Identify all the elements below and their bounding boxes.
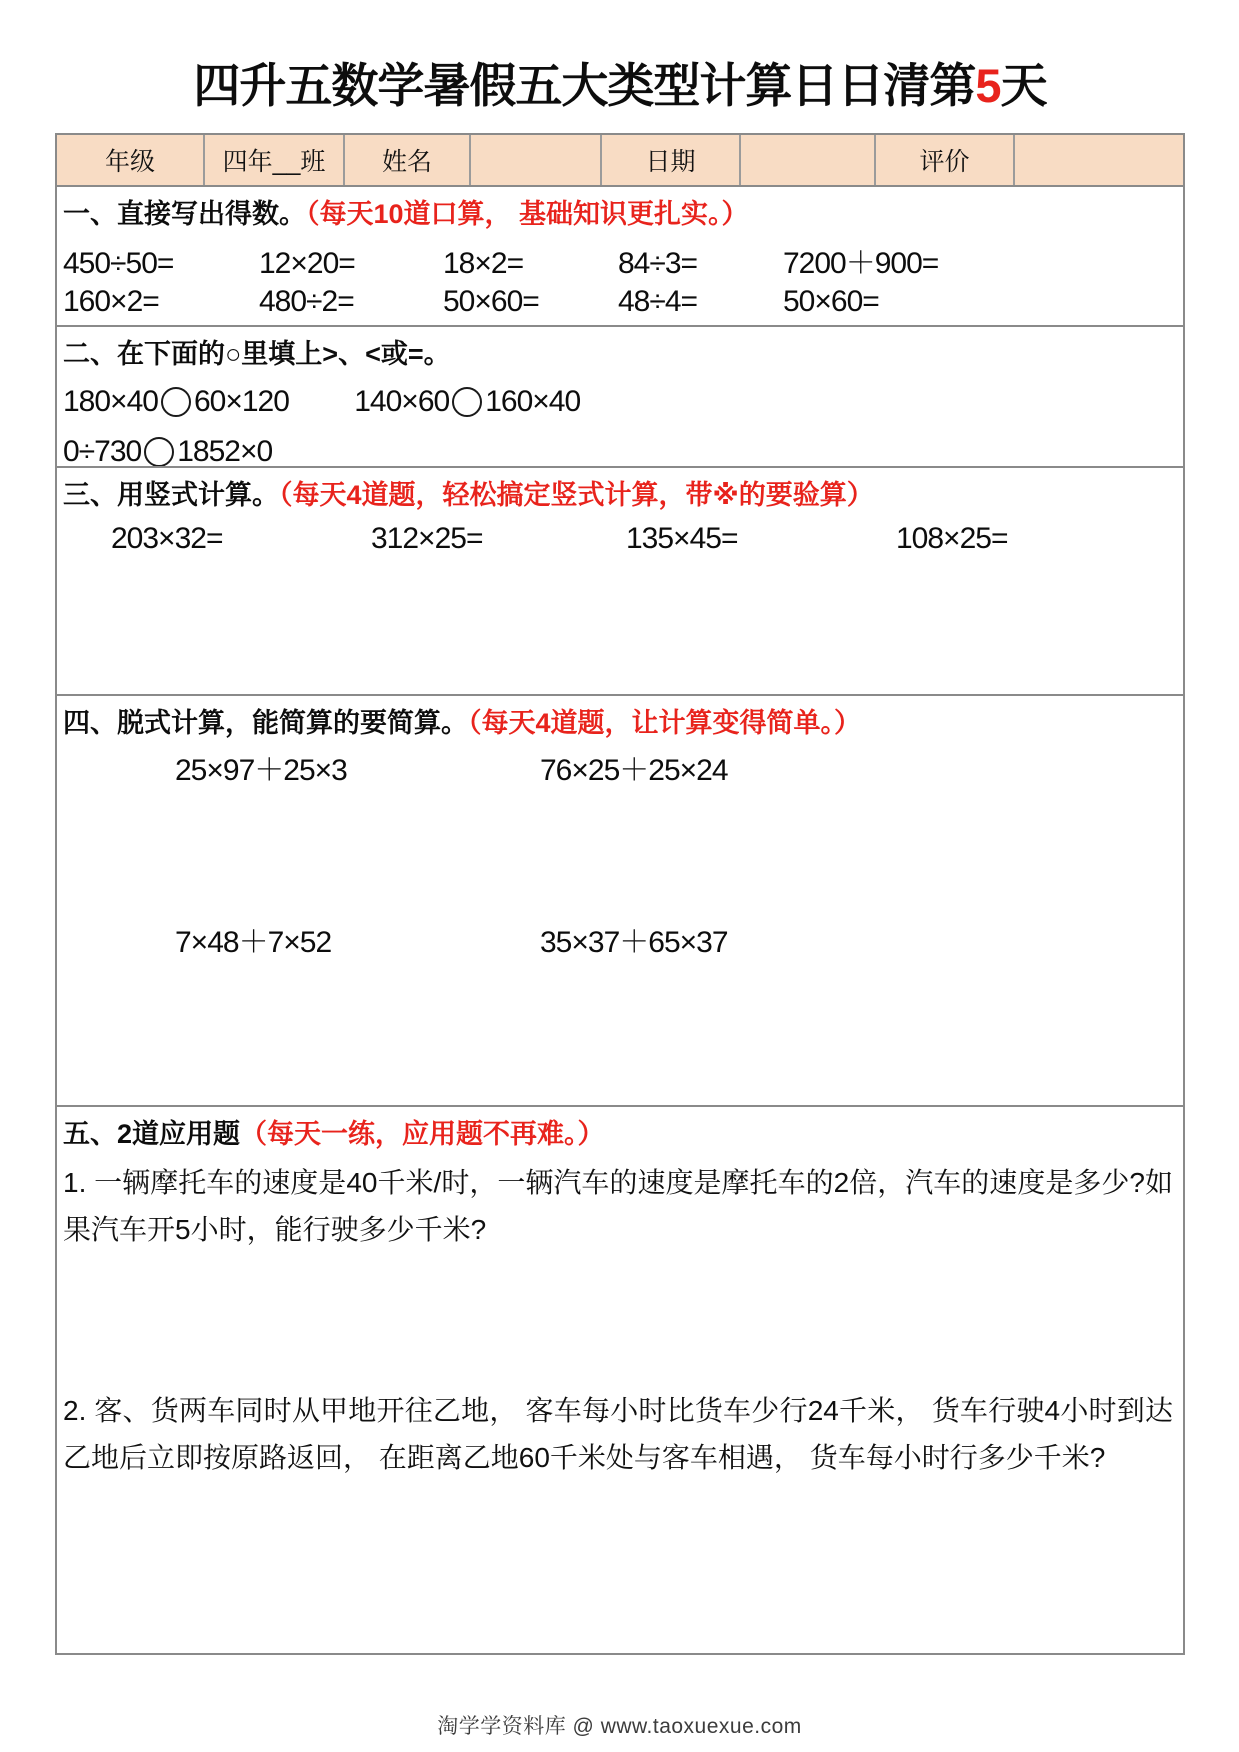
formula-item: 7×48＋7×52	[175, 924, 540, 962]
info-grade-label: 年级	[57, 135, 205, 185]
section-word-problems: 五、2道应用题（每天一练，应用题不再难。） 1. 一辆摩托车的速度是40千米/时…	[57, 1105, 1183, 1657]
section-3-heading-text: 三、用竖式计算。	[63, 480, 279, 510]
info-name-value	[471, 135, 602, 185]
info-date-label: 日期	[602, 135, 741, 185]
compare-left: 180×40	[63, 381, 158, 423]
info-name-label: 姓名	[345, 135, 471, 185]
word-problem-2: 2. 客、货两车同时从甲地开往乙地， 客车每小时比货车少行24千米， 货车行驶4…	[63, 1387, 1177, 1481]
section-oral-calculation: 一、直接写出得数。（每天10道口算， 基础知识更扎实。） 450÷50= 12×…	[57, 185, 1183, 325]
formula-item: 135×45=	[626, 520, 896, 558]
compare-left: 0÷730	[63, 431, 141, 466]
info-grade-value: 四年__班	[205, 135, 345, 185]
page-title: 四升五数学暑假五大类型计算日日清第5天	[55, 58, 1185, 114]
simplify-row-1: 25×97＋25×3 76×25＋25×24	[63, 752, 1177, 790]
formula-item: 76×25＋25×24	[540, 752, 1177, 790]
oral-calc-row-1: 450÷50= 12×20= 18×2= 84÷3= 7200＋900=	[63, 245, 1177, 283]
section-1-heading: 一、直接写出得数。（每天10道口算， 基础知识更扎实。）	[63, 195, 1177, 233]
word-problem-1: 1. 一辆摩托车的速度是40千米/时，一辆汽车的速度是摩托车的2倍，汽车的速度是…	[63, 1159, 1177, 1253]
vertical-calc-row: 203×32= 312×25= 135×45= 108×25=	[63, 520, 1177, 558]
formula-item: 480÷2=	[259, 283, 443, 321]
formula-item: 50×60=	[443, 283, 618, 321]
section-2-heading: 二、在下面的○里填上>、<或=。	[63, 335, 1177, 373]
section-3-heading: 三、用竖式计算。（每天4道题，轻松搞定竖式计算，带※的要验算）	[63, 476, 1177, 514]
compare-row-2: 0÷7301852×0	[63, 431, 1177, 466]
formula-item: 7200＋900=	[783, 245, 1177, 283]
compare-item: 140×60160×40	[354, 381, 580, 423]
formula-item: 50×60=	[783, 283, 1177, 321]
formula-item: 203×32=	[111, 520, 371, 558]
section-1-heading-text: 一、直接写出得数。	[63, 199, 306, 229]
section-1-note: （每天10道口算， 基础知识更扎实。）	[306, 199, 749, 229]
formula-item: 84÷3=	[618, 245, 783, 283]
compare-circle	[161, 387, 191, 417]
compare-circle	[144, 437, 174, 466]
section-4-heading: 四、脱式计算，能简算的要简算。（每天4道题，让计算变得简单。）	[63, 704, 1177, 742]
section-vertical-calc: 三、用竖式计算。（每天4道题，轻松搞定竖式计算，带※的要验算） 203×32= …	[57, 466, 1183, 694]
compare-right: 60×120	[194, 381, 289, 423]
formula-item: 48÷4=	[618, 283, 783, 321]
section-2-heading-text: 二、在下面的○里填上>、<或=。	[63, 339, 451, 369]
compare-row-1: 180×4060×120 140×60160×40	[63, 381, 1177, 423]
oral-calc-row-2: 160×2= 480÷2= 50×60= 48÷4= 50×60=	[63, 283, 1177, 321]
compare-right: 1852×0	[177, 431, 272, 466]
info-header-row: 年级 四年__班 姓名 日期 评价	[57, 135, 1183, 185]
section-4-note: （每天4道题，让计算变得简单。）	[468, 708, 861, 738]
page-title-suffix: 天	[1001, 59, 1047, 112]
formula-item: 108×25=	[896, 520, 1177, 558]
compare-left: 140×60	[354, 381, 449, 423]
section-5-heading: 五、2道应用题（每天一练，应用题不再难。）	[63, 1115, 1177, 1153]
page-title-day-number: 5	[975, 59, 1000, 112]
info-eval-value	[1015, 135, 1183, 185]
section-3-note: （每天4道题，轻松搞定竖式计算，带※的要验算）	[279, 480, 874, 510]
formula-item: 450÷50=	[63, 245, 259, 283]
simplify-row-2: 7×48＋7×52 35×37＋65×37	[63, 924, 1177, 962]
section-5-heading-text: 五、2道应用题	[63, 1119, 240, 1149]
info-date-value	[741, 135, 876, 185]
formula-item: 35×37＋65×37	[540, 924, 1177, 962]
compare-item: 0÷7301852×0	[63, 431, 272, 466]
formula-item: 12×20=	[259, 245, 443, 283]
compare-right: 160×40	[485, 381, 580, 423]
formula-item: 25×97＋25×3	[175, 752, 540, 790]
section-simplify-calc: 四、脱式计算，能简算的要简算。（每天4道题，让计算变得简单。） 25×97＋25…	[57, 694, 1183, 1105]
section-compare: 二、在下面的○里填上>、<或=。 180×4060×120 140×60160×…	[57, 325, 1183, 466]
formula-item: 160×2=	[63, 283, 259, 321]
section-5-note: （每天一练，应用题不再难。）	[240, 1119, 605, 1149]
formula-item: 312×25=	[371, 520, 626, 558]
page-title-prefix: 四升五数学暑假五大类型计算日日清第	[193, 59, 975, 112]
compare-circle	[452, 387, 482, 417]
worksheet-table: 年级 四年__班 姓名 日期 评价 一、直接写出得数。（每天10道口算， 基础知…	[55, 133, 1185, 1655]
footer-watermark: 淘学学资料库 @ www.taoxuexue.com	[0, 1710, 1239, 1740]
section-4-heading-text: 四、脱式计算，能简算的要简算。	[63, 708, 468, 738]
info-eval-label: 评价	[876, 135, 1015, 185]
formula-item: 18×2=	[443, 245, 618, 283]
compare-item: 180×4060×120	[63, 381, 289, 423]
